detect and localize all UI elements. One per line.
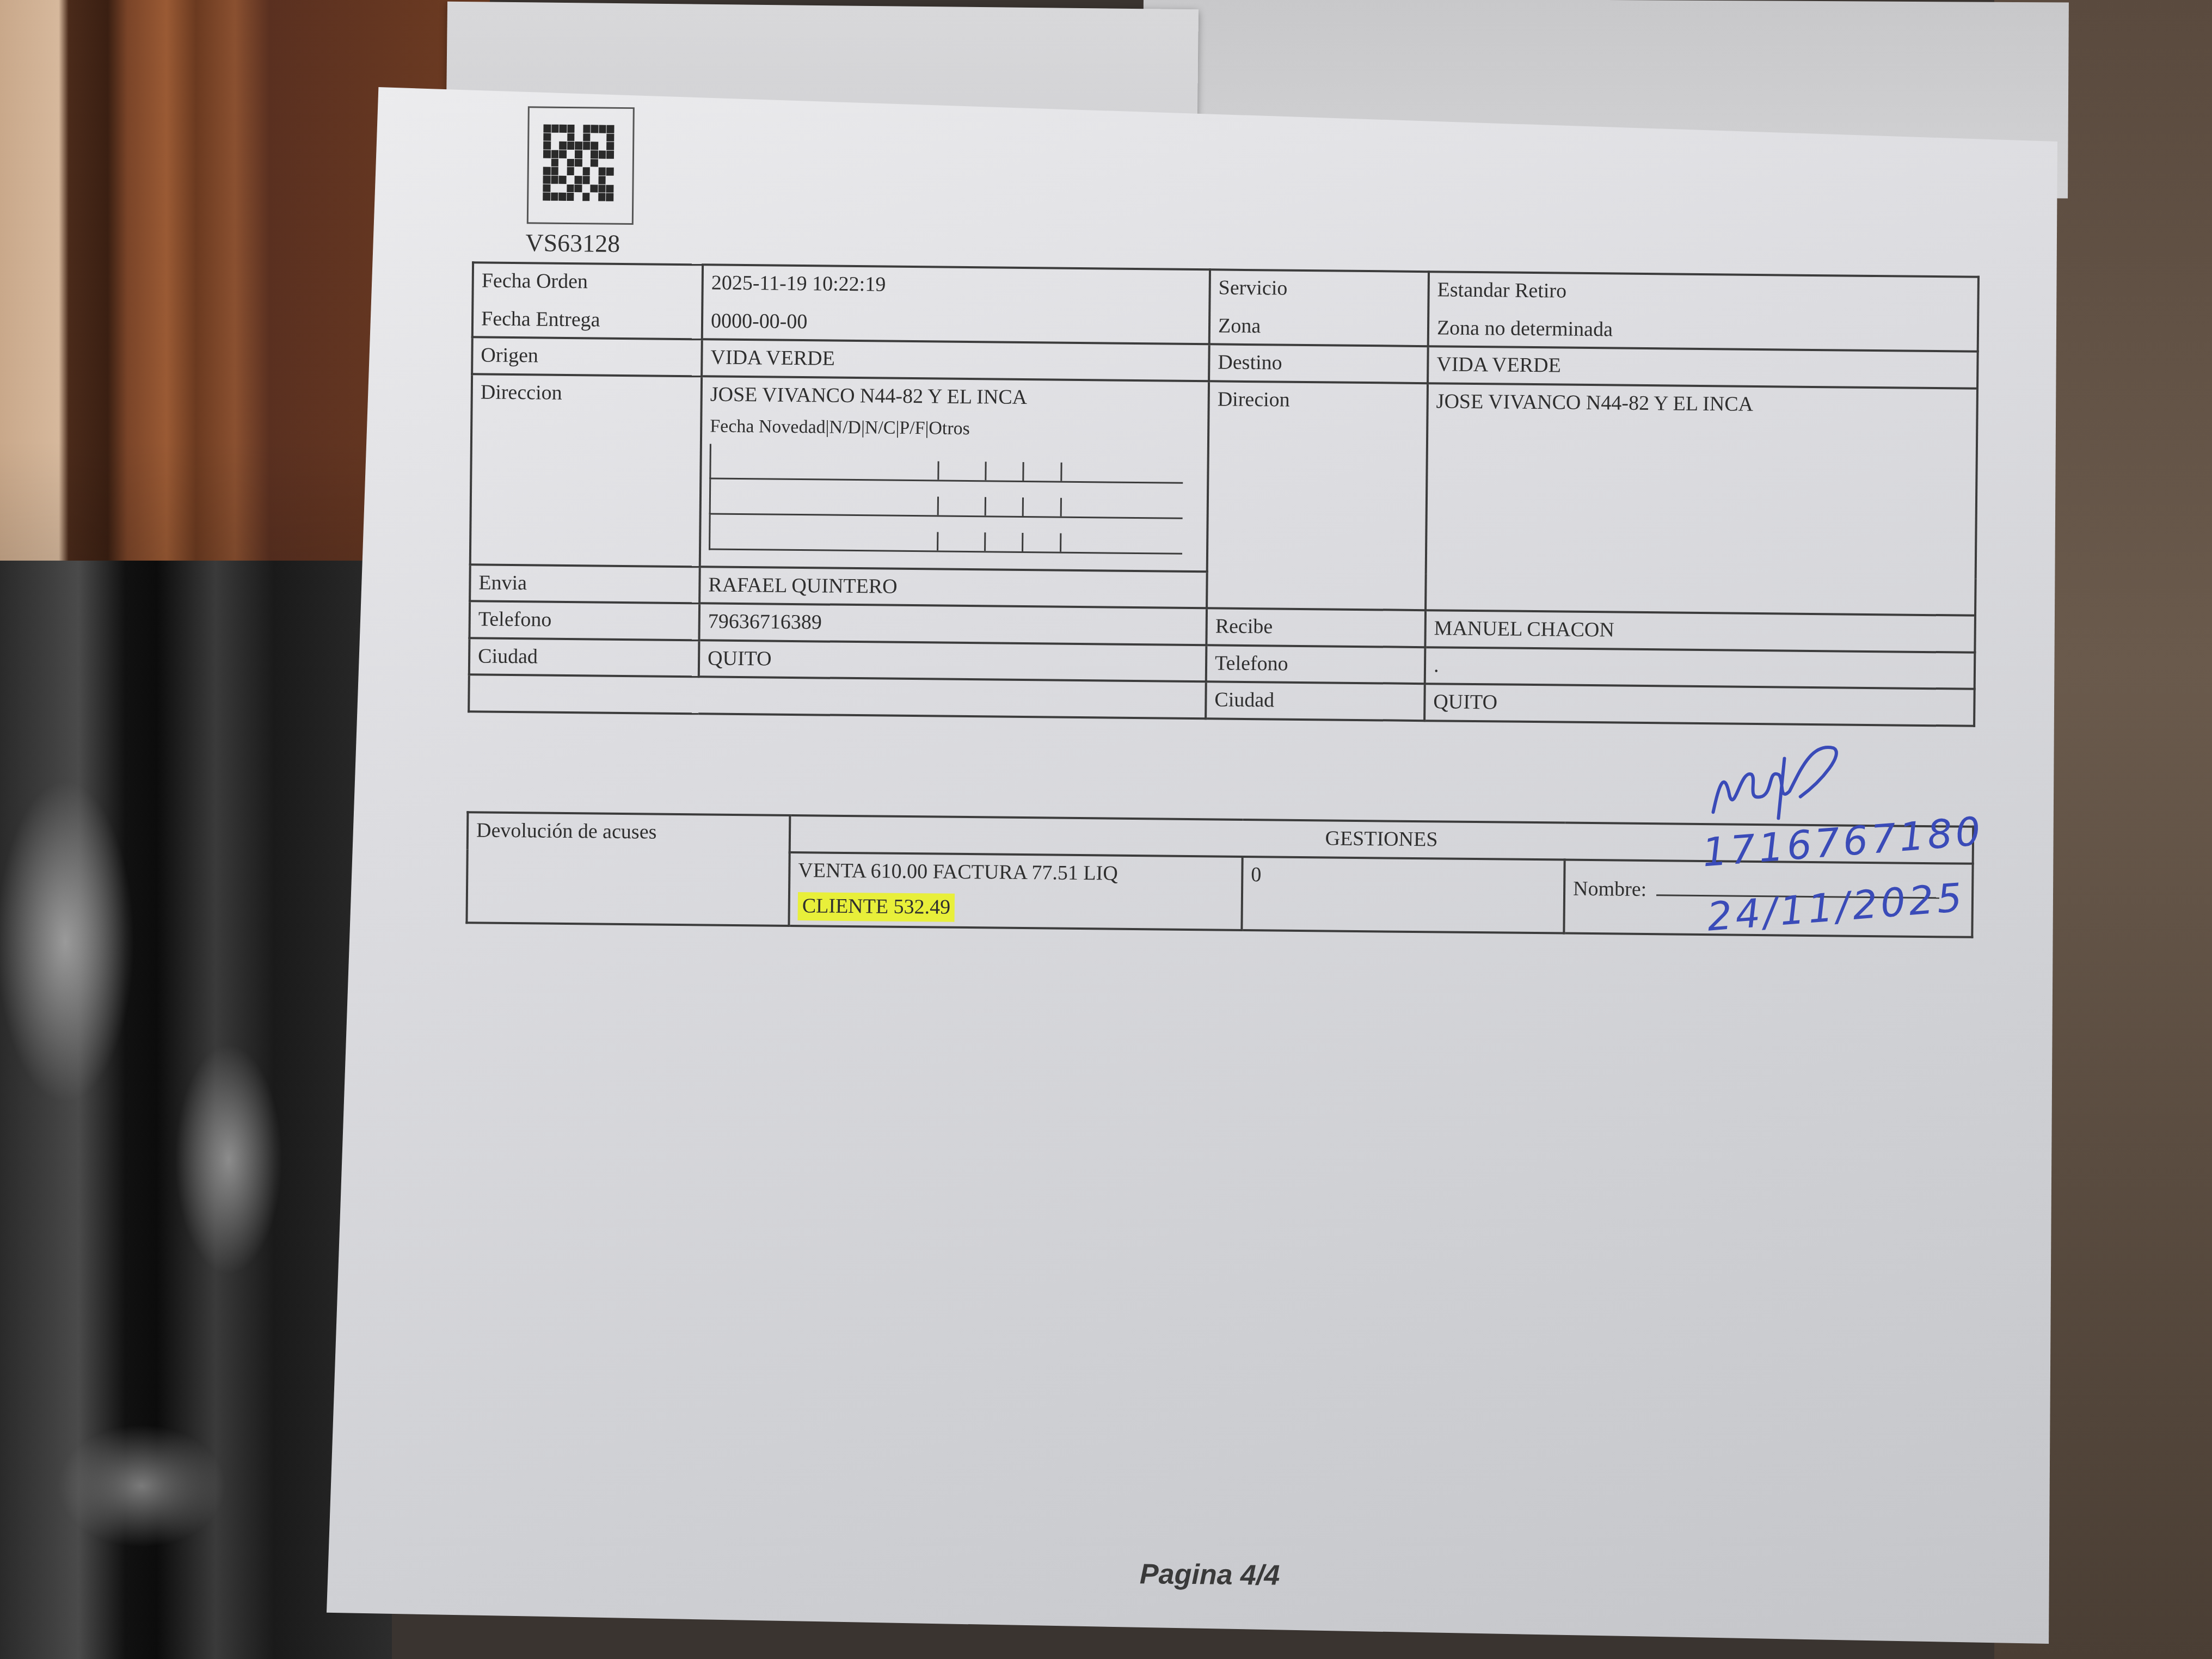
telefono-recibe-value: . [1425, 647, 1975, 689]
ciudad-recibe-value: QUITO [1424, 684, 1975, 726]
photo-scene: VS63128 Fecha Orden Fecha Entrega 2025-1… [0, 0, 2212, 1659]
destino-label: Destino [1209, 344, 1428, 383]
fecha-entrega-label: Fecha Entrega [481, 307, 600, 331]
recibe-label: Recibe [1206, 608, 1425, 647]
gestiones-detail-line1: VENTA 610.00 FACTURA 77.51 LIQ [798, 858, 1233, 888]
page-number: Pagina 4/4 [1140, 1558, 1280, 1592]
shipment-details-table: Fecha Orden Fecha Entrega 2025-11-19 10:… [468, 261, 1980, 727]
nombre-label: Nombre: [1573, 876, 1647, 902]
direccion-label: Direccion [470, 374, 702, 567]
direccion-value: JOSE VIVANCO N44-82 Y EL INCA [710, 382, 1200, 412]
fecha-orden-label: Fecha Orden [482, 268, 694, 296]
destino-value: VIDA VERDE [1428, 346, 1978, 388]
novedad-row-3 [709, 514, 1183, 554]
signature-mark [1702, 736, 1845, 824]
servicio-zona-labels-cell: Servicio Zona [1209, 269, 1429, 346]
zona-value: Zona no determinada [1437, 316, 1613, 341]
blank-cell [469, 674, 1206, 718]
origen-value: VIDA VERDE [702, 339, 1209, 380]
novedad-entry-lines [709, 444, 1200, 555]
cliente-amount-highlighted: CLIENTE 532.49 [798, 892, 955, 921]
envia-value: RAFAEL QUINTERO [699, 567, 1207, 608]
devolucion-label: Devolución de acuses [466, 812, 790, 925]
direcion-label: Direcion [1207, 381, 1428, 610]
ciudad-recibe-label: Ciudad [1206, 681, 1425, 720]
fecha-entrega-value: 0000-00-00 [711, 309, 808, 333]
gestiones-detail-cell: VENTA 610.00 FACTURA 77.51 LIQ CLIENTE 5… [789, 852, 1242, 930]
origen-label: Origen [472, 337, 702, 376]
fecha-labels-cell: Fecha Orden Fecha Entrega [472, 262, 703, 339]
tracking-code: VS63128 [525, 228, 620, 258]
gestiones-count: 0 [1242, 856, 1564, 933]
envia-label: Envia [470, 564, 700, 604]
telefono-envia-value: 79636716389 [699, 603, 1207, 644]
telefono-recibe-label: Telefono [1206, 645, 1425, 684]
fecha-orden-value: 2025-11-19 10:22:19 [711, 270, 1201, 300]
recibe-value: MANUEL CHACON [1425, 610, 1975, 652]
qr-code-pattern [543, 125, 614, 201]
ciudad-envia-label: Ciudad [469, 638, 699, 677]
ciudad-envia-value: QUITO [699, 640, 1207, 681]
novedad-row-1 [709, 444, 1183, 483]
servicio-zona-values-cell: Estandar Retiro Zona no determinada [1428, 272, 1978, 352]
qr-code-icon [527, 106, 635, 225]
fecha-values-cell: 2025-11-19 10:22:19 0000-00-00 [702, 265, 1210, 344]
direcion-value: JOSE VIVANCO N44-82 Y EL INCA [1425, 383, 1977, 616]
novedad-row-2 [709, 479, 1183, 519]
servicio-value: Estandar Retiro [1437, 277, 1969, 308]
zona-label: Zona [1218, 314, 1261, 337]
servicio-label: Servicio [1218, 275, 1420, 303]
novedad-header: Fecha Novedad|N/D|N/C|P/F|Otros [710, 415, 1200, 443]
direccion-cell: JOSE VIVANCO N44-82 Y EL INCA Fecha Nove… [700, 376, 1209, 572]
delivery-slip: VS63128 Fecha Orden Fecha Entrega 2025-1… [443, 98, 2014, 1637]
telefono-envia-label: Telefono [469, 601, 699, 640]
